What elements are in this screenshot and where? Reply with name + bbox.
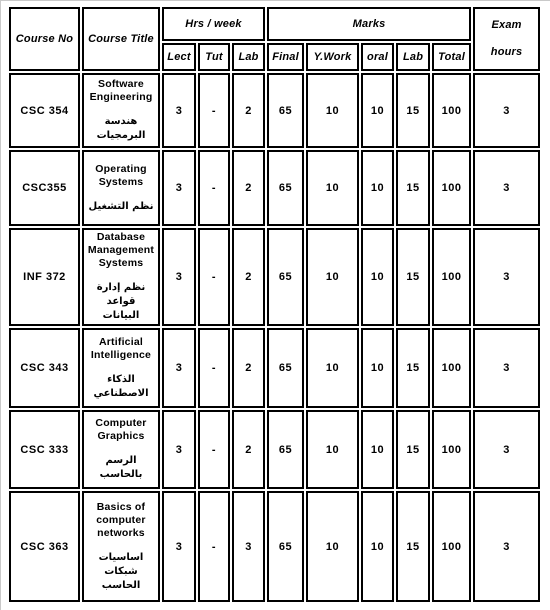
header-hrs-week: Hrs / week [162,7,265,41]
hrs-tut-cell: - [198,491,230,602]
course-no-cell: CSC 354 [9,73,80,148]
course-title-cell: Operating Systems نظم التشغيل [82,150,160,226]
header-course-no: Course No [9,7,80,71]
subheader-final: Final [267,43,304,71]
hrs-tut-cell: - [198,228,230,326]
course-title-arabic: الرسم بالحاسب [84,454,158,482]
table-row: CSC 363 Basics of computer networks اساس… [9,491,540,602]
course-no-cell: CSC355 [9,150,80,226]
subheader-lect: Lect [162,43,196,71]
header-exam-hours: Exam hours [473,7,540,71]
table-header: Course No Course Title Hrs / week Marks … [9,7,540,71]
subheader-oral: oral [361,43,394,71]
course-title-arabic: اساسيات شبكات الحاسب [84,551,158,593]
table-row: CSC 333 Computer Graphics الرسم بالحاسب … [9,410,540,489]
document-page: Course No Course Title Hrs / week Marks … [0,0,550,610]
hrs-lab-cell: 2 [232,150,265,226]
marks-total-cell: 100 [432,491,471,602]
subheader-lab: Lab [232,43,265,71]
subheader-tut: Tut [198,43,230,71]
course-title-arabic: الذكاء الاصطناعي [84,373,158,401]
course-title-cell: Software Engineering هندسة البرمجيات [82,73,160,148]
hrs-lect-cell: 3 [162,228,196,326]
hrs-tut-cell: - [198,328,230,408]
exam-hours-cell: 3 [473,150,540,226]
hrs-lect-cell: 3 [162,328,196,408]
hrs-lect-cell: 3 [162,73,196,148]
course-schedule-table: Course No Course Title Hrs / week Marks … [7,5,542,604]
marks-final-cell: 65 [267,150,304,226]
course-title-wrap: Basics of computer networks اساسيات شبكا… [84,501,158,593]
marks-oral-cell: 10 [361,73,394,148]
course-title-cell: Artificial Intelligence الذكاء الاصطناعي [82,328,160,408]
hrs-lect-cell: 3 [162,410,196,489]
hrs-tut-cell: - [198,410,230,489]
course-title-english: Software Engineering [90,78,153,104]
exam-hours-cell: 3 [473,228,540,326]
marks-oral-cell: 10 [361,228,394,326]
course-title-arabic: نظم إدارة قواعد البيانات [84,281,158,323]
marks-lab-cell: 15 [396,150,430,226]
marks-ywork-cell: 10 [306,150,359,226]
marks-final-cell: 65 [267,491,304,602]
hrs-lect-cell: 3 [162,150,196,226]
marks-final-cell: 65 [267,228,304,326]
marks-lab-cell: 15 [396,73,430,148]
course-title-english: Database Management Systems [88,231,154,270]
hrs-lab-cell: 2 [232,328,265,408]
marks-total-cell: 100 [432,410,471,489]
course-no-cell: CSC 343 [9,328,80,408]
hrs-tut-cell: - [198,73,230,148]
subheader-lab-marks: Lab [396,43,430,71]
header-row-groups: Course No Course Title Hrs / week Marks … [9,7,540,41]
marks-oral-cell: 10 [361,410,394,489]
marks-final-cell: 65 [267,410,304,489]
table-row: CSC355 Operating Systems نظم التشغيل 3 -… [9,150,540,226]
hrs-lect-cell: 3 [162,491,196,602]
marks-lab-cell: 15 [396,328,430,408]
marks-total-cell: 100 [432,150,471,226]
marks-ywork-cell: 10 [306,410,359,489]
table-row: CSC 354 Software Engineering هندسة البرم… [9,73,540,148]
course-title-english: Computer Graphics [95,417,146,443]
header-course-title: Course Title [82,7,160,71]
marks-lab-cell: 15 [396,228,430,326]
course-title-wrap: Database Management Systems نظم إدارة قو… [84,231,158,323]
course-title-english: Basics of computer networks [96,501,145,540]
course-title-cell: Computer Graphics الرسم بالحاسب [82,410,160,489]
course-title-wrap: Computer Graphics الرسم بالحاسب [84,417,158,482]
marks-final-cell: 65 [267,328,304,408]
subheader-total: Total [432,43,471,71]
course-title-wrap: Software Engineering هندسة البرمجيات [84,78,158,143]
marks-lab-cell: 15 [396,410,430,489]
course-no-cell: CSC 363 [9,491,80,602]
marks-ywork-cell: 10 [306,328,359,408]
exam-hours-cell: 3 [473,410,540,489]
course-title-english: Operating Systems [95,163,146,189]
marks-total-cell: 100 [432,328,471,408]
marks-oral-cell: 10 [361,150,394,226]
course-no-cell: CSC 333 [9,410,80,489]
marks-oral-cell: 10 [361,328,394,408]
marks-ywork-cell: 10 [306,228,359,326]
marks-final-cell: 65 [267,73,304,148]
subheader-ywork: Y.Work [306,43,359,71]
table-row: CSC 343 Artificial Intelligence الذكاء ا… [9,328,540,408]
course-title-cell: Basics of computer networks اساسيات شبكا… [82,491,160,602]
marks-total-cell: 100 [432,228,471,326]
marks-oral-cell: 10 [361,491,394,602]
hrs-lab-cell: 2 [232,410,265,489]
course-title-cell: Database Management Systems نظم إدارة قو… [82,228,160,326]
course-title-english: Artificial Intelligence [91,336,151,362]
course-title-wrap: Artificial Intelligence الذكاء الاصطناعي [84,336,158,401]
marks-total-cell: 100 [432,73,471,148]
marks-lab-cell: 15 [396,491,430,602]
exam-hours-cell: 3 [473,491,540,602]
exam-hours-cell: 3 [473,73,540,148]
marks-ywork-cell: 10 [306,491,359,602]
table-body: CSC 354 Software Engineering هندسة البرم… [9,73,540,602]
hrs-lab-cell: 3 [232,491,265,602]
exam-hours-cell: 3 [473,328,540,408]
hrs-lab-cell: 2 [232,73,265,148]
course-title-arabic: نظم التشغيل [89,200,154,214]
header-marks: Marks [267,7,471,41]
course-no-cell: INF 372 [9,228,80,326]
hrs-tut-cell: - [198,150,230,226]
course-title-wrap: Operating Systems نظم التشغيل [84,163,158,214]
marks-ywork-cell: 10 [306,73,359,148]
table-row: INF 372 Database Management Systems نظم … [9,228,540,326]
hrs-lab-cell: 2 [232,228,265,326]
course-title-arabic: هندسة البرمجيات [84,115,158,143]
